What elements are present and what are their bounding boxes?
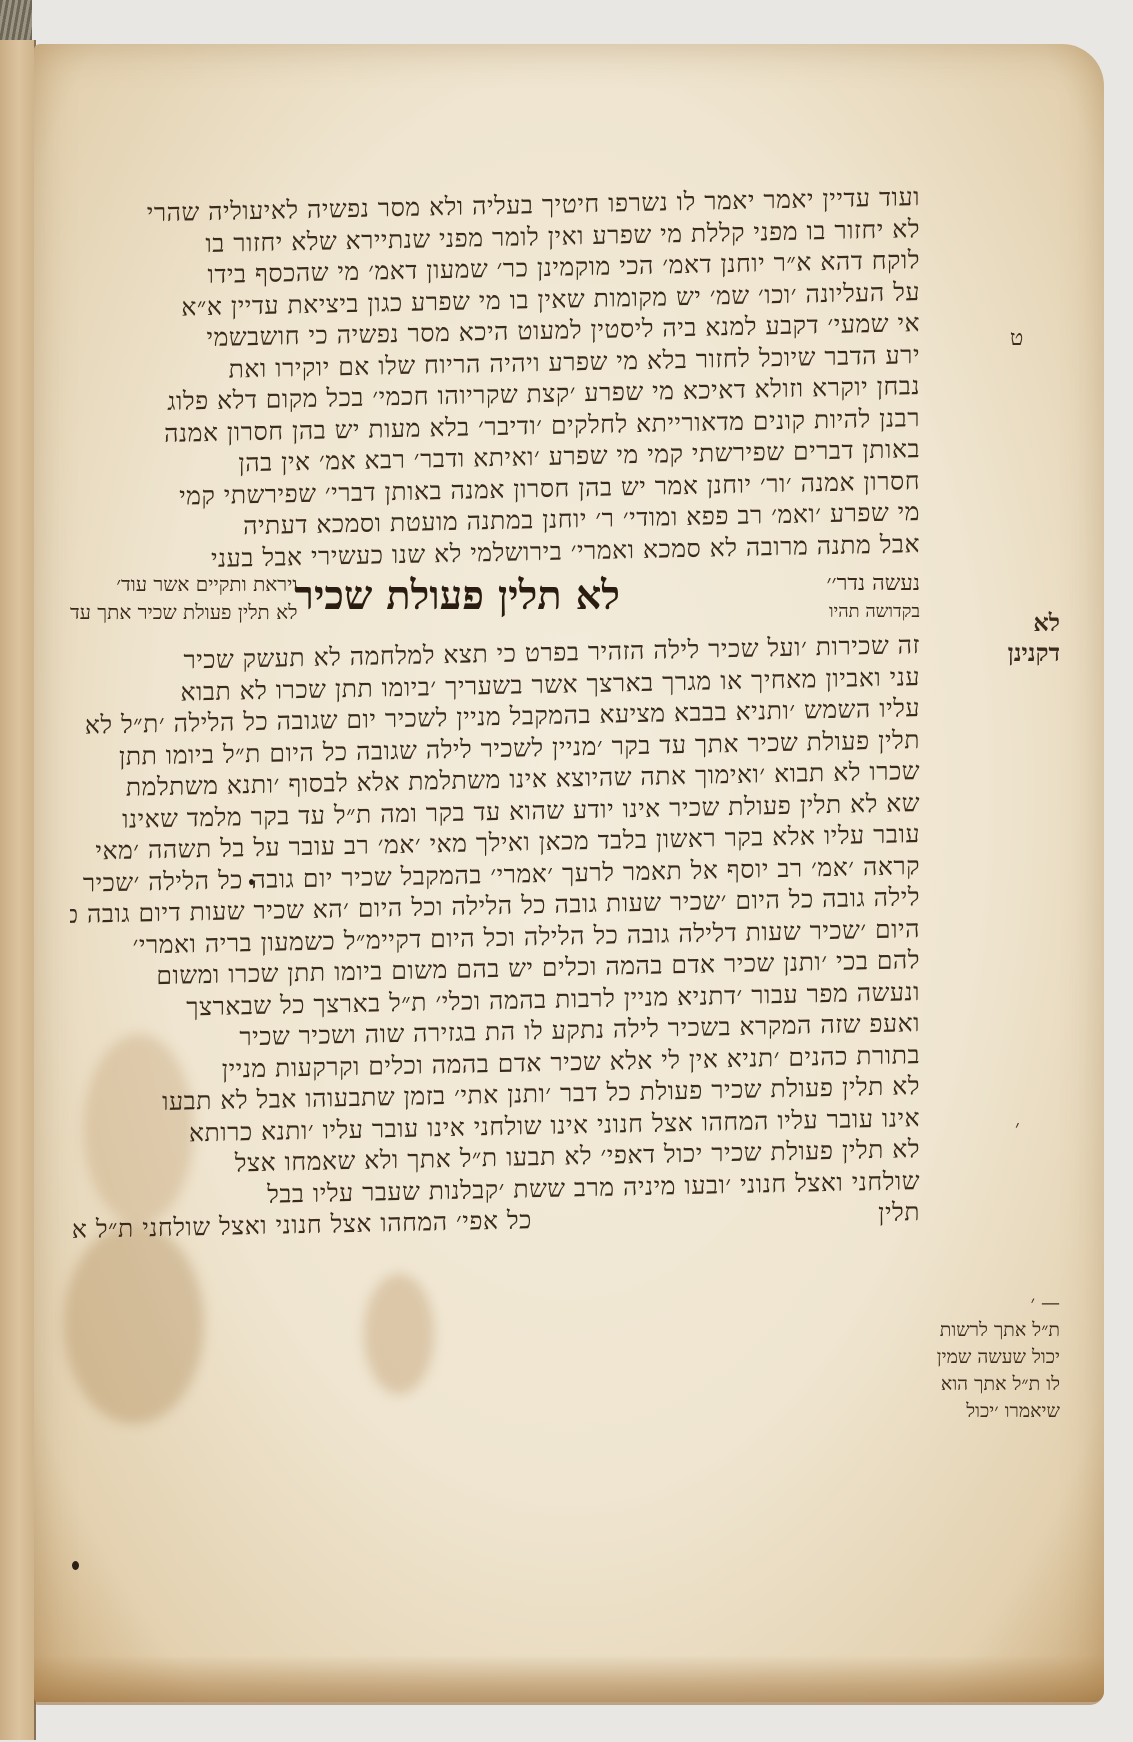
heading-left-text: ויראת ותקיים אשר עוד׳ לא תלין פעולת שכיר… [70, 570, 297, 626]
text-line: יכול שעשה שמין [890, 1344, 1060, 1371]
section-heading-row: נעשה נדר׳׳ בקדושה תהיו לא תלין פעולת שכי… [70, 568, 920, 638]
text-line: ויראת ותקיים אשר עוד׳ [70, 570, 297, 598]
margin-mark: ט [1010, 325, 1023, 351]
text-line: לו ת״ל אתך הוא [890, 1371, 1060, 1398]
margin-mark: ׳ [1015, 1115, 1020, 1140]
text-line: שיאמרו ׳יכול [890, 1398, 1060, 1425]
water-stain [364, 1274, 434, 1394]
text-line: ת״ל אתך לרשות [890, 1317, 1060, 1344]
section-heading: לא תלין פעולת שכיר [294, 572, 620, 619]
facing-page-edge [0, 40, 36, 1740]
main-text-block: ועוד עדיין יאמר יאמר לו נשרפו חיטיך בעלי… [70, 190, 920, 1237]
water-stain [64, 1224, 204, 1424]
text-line: — ׳ [890, 1290, 1060, 1317]
text-line: נעשה נדר׳׳ [826, 570, 920, 598]
text-line: דקנינן [960, 638, 1060, 668]
heading-right-text: נעשה נדר׳׳ בקדושה תהיו [826, 570, 920, 626]
text-line: בקדושה תהיו [826, 598, 920, 626]
worn-bottom-edge [34, 1655, 1104, 1705]
ink-blot [72, 1561, 79, 1570]
text-line: לא [960, 608, 1060, 638]
text-line: לא תלין פעולת שכיר אתך עד [70, 598, 297, 626]
margin-note-lower: — ׳ ת״ל אתך לרשות יכול שעשה שמין לו ת״ל … [890, 1290, 1060, 1425]
margin-note: לא דקנינן [960, 608, 1060, 668]
